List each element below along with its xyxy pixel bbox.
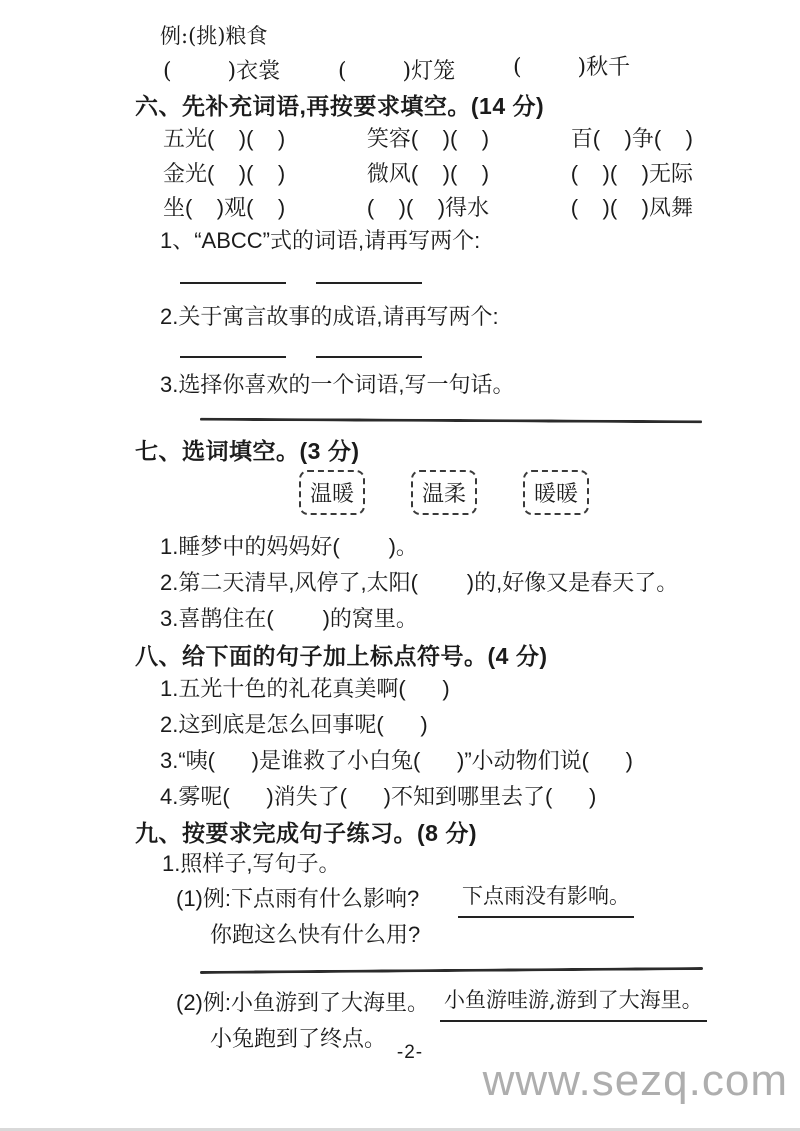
question-line: 2.关于寓言故事的成语,请再写两个: bbox=[160, 302, 499, 332]
answer-blank bbox=[316, 340, 422, 358]
handwritten-answer-wrap: 小鱼游哇游,游到了大海里。 bbox=[440, 984, 707, 1022]
answer-blank-pair bbox=[180, 340, 422, 363]
question-line: 1.五光十色的礼花真美啊( ) bbox=[160, 674, 450, 704]
handwritten-answer-wrap: 下点雨没有影响。 bbox=[458, 880, 634, 918]
section-nine-heading: 九、按要求完成句子练习。(8 分) bbox=[135, 815, 477, 848]
divider-line bbox=[200, 418, 702, 424]
task-line: 你跑这么快有什么用? bbox=[210, 920, 420, 950]
word-fill-cell: ( )( )得水 bbox=[367, 191, 489, 222]
watermark: www.sezq.com bbox=[483, 1056, 788, 1106]
word-fill-cell: 坐( )观( ) bbox=[163, 191, 285, 222]
example-line: 例:(挑)粮食 bbox=[160, 20, 267, 50]
word-fill-row: 五光( )( ) 笑容( )( ) 百( )争( ) bbox=[163, 122, 693, 153]
question-line: 3.喜鹊住在( )的窝里。 bbox=[160, 604, 418, 634]
question-line: 2.第二天清早,风停了,太阳( )的,好像又是春天了。 bbox=[160, 568, 678, 598]
example-prompt: (2)例:小鱼游到了大海里。 bbox=[176, 988, 429, 1018]
example-prompt: (1)例:下点雨有什么影响? bbox=[176, 884, 419, 914]
handwritten-answer: 下点雨没有影响。 bbox=[458, 880, 634, 918]
word-fill-row: 金光( )( ) 微风( )( ) ( )( )无际 bbox=[163, 157, 693, 188]
word-bank-item: 温暖 bbox=[299, 470, 365, 515]
question-line: 1、“ABCC”式的词语,请再写两个: bbox=[160, 226, 480, 256]
word-fill-cell: 微风( )( ) bbox=[367, 157, 489, 188]
word-bank: 温暖 温柔 暖暖 bbox=[299, 470, 589, 515]
subquestion-line: 1.照样子,写句子。 bbox=[162, 849, 340, 879]
worksheet-page: 例:(挑)粮食 ( )衣裳 ( )灯笼 ( )秋千 六、先补充词语,再按要求填空… bbox=[0, 0, 800, 1131]
fill-item-swing: ( )秋千 bbox=[513, 50, 630, 81]
word-fill-cell: ( )( )凤舞 bbox=[571, 191, 693, 222]
question-line: 3.选择你喜欢的一个词语,写一句话。 bbox=[160, 370, 514, 400]
word-fill-cell: 百( )争( ) bbox=[571, 122, 693, 153]
answer-blank-pair bbox=[180, 266, 422, 289]
word-fill-row: 坐( )观( ) ( )( )得水 ( )( )凤舞 bbox=[163, 191, 693, 222]
section-six-heading: 六、先补充词语,再按要求填空。(14 分) bbox=[135, 88, 544, 121]
handwritten-answer: 小鱼游哇游,游到了大海里。 bbox=[440, 984, 707, 1022]
question-line: 1.睡梦中的妈妈好( )。 bbox=[160, 532, 418, 562]
question-line: 3.“咦( )是谁救了小白兔( )”小动物们说( ) bbox=[160, 746, 633, 776]
question-line: 2.这到底是怎么回事呢( ) bbox=[160, 710, 428, 740]
section-seven-heading: 七、选词填空。(3 分) bbox=[135, 433, 360, 466]
word-bank-item: 温柔 bbox=[411, 470, 477, 515]
answer-blank bbox=[180, 266, 286, 284]
word-fill-cell: 金光( )( ) bbox=[163, 157, 285, 188]
answer-rule-line bbox=[200, 967, 703, 974]
word-fill-cell: 五光( )( ) bbox=[163, 122, 285, 153]
fill-item-lantern: ( )灯笼 bbox=[338, 54, 455, 85]
answer-blank bbox=[316, 266, 422, 284]
fill-item-clothes: ( )衣裳 bbox=[163, 54, 280, 85]
word-fill-cell: ( )( )无际 bbox=[571, 157, 693, 188]
question-line: 4.雾呢( )消失了( )不知到哪里去了( ) bbox=[160, 782, 596, 812]
section-eight-heading: 八、给下面的句子加上标点符号。(4 分) bbox=[135, 638, 548, 671]
answer-blank bbox=[180, 340, 286, 358]
word-bank-item: 暖暖 bbox=[523, 470, 589, 515]
word-fill-cell: 笑容( )( ) bbox=[367, 122, 489, 153]
